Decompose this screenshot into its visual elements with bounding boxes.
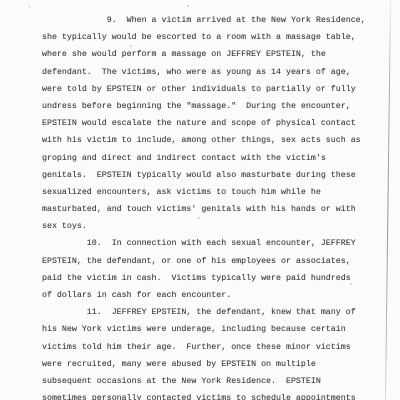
document-line: sexualized encounters, ask victims to to… (42, 184, 387, 201)
scan-speck (350, 283, 352, 285)
document-line: EPSTEIN would escalate the nature and sc… (42, 115, 387, 132)
document-line: his New York victims were underage, incl… (42, 321, 387, 338)
document-line: undress before beginning the "massage." … (42, 98, 387, 115)
document-line: where she would perform a massage on JEF… (42, 46, 387, 63)
scan-speck (300, 118, 301, 120)
scan-speck (187, 5, 189, 7)
document-line: she typically would be escorted to a roo… (42, 29, 387, 46)
document-line: victims told him their age. Further, onc… (42, 339, 387, 356)
scan-speck (198, 217, 200, 219)
document-line: sex toys. (42, 218, 387, 235)
document-line: 11. JEFFREY EPSTEIN, the defendant, knew… (42, 304, 387, 321)
scan-speck (130, 45, 132, 47)
document-line: groping and direct and indirect contact … (42, 150, 387, 167)
document-text-block: 9. When a victim arrived at the New York… (42, 12, 387, 400)
document-line: were recruited, many were abused by EPST… (42, 356, 387, 373)
scanned-document-page: 9. When a victim arrived at the New York… (0, 0, 400, 400)
document-line: defendant. The victims, who were as youn… (42, 64, 387, 81)
document-line: EPSTEIN, the defendant, or one of his em… (42, 253, 387, 270)
document-line: genitals. EPSTEIN typically would also m… (42, 167, 387, 184)
scan-speck (215, 380, 217, 382)
scan-speck (28, 5, 31, 7)
document-line: with his victim to include, among other … (42, 132, 387, 149)
document-line: of dollars in cash for each encounter. (42, 287, 387, 304)
document-line: paid the victim in cash. Victims typical… (42, 270, 387, 287)
document-line: 10. In connection with each sexual encou… (42, 235, 387, 252)
document-line: 9. When a victim arrived at the New York… (42, 12, 387, 29)
document-line: were told by EPSTEIN or other individual… (42, 81, 387, 98)
document-line: sometimes personally contacted victims t… (42, 390, 387, 400)
document-line: masturbated, and touch victims' genitals… (42, 201, 387, 218)
